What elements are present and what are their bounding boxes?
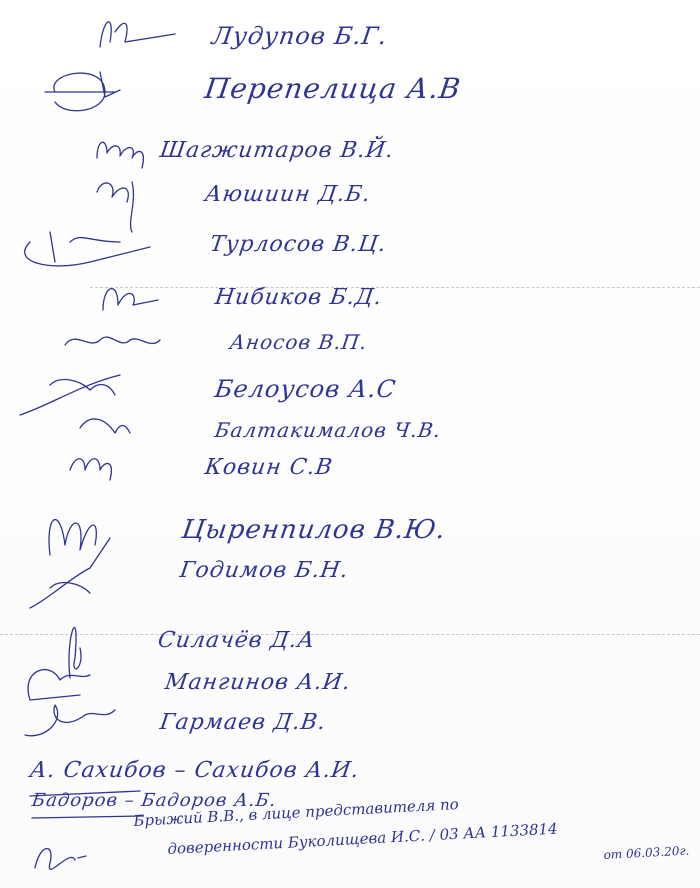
signature-scribble	[30, 548, 180, 618]
signatory-name: Лудупов Б.Г.	[210, 22, 389, 50]
signature-scribble	[30, 838, 90, 878]
signatory-name: Белоусов А.С	[213, 375, 398, 403]
signatory-name: Аносов В.П.	[228, 330, 369, 354]
signatory-name: Годимов Б.Н.	[178, 558, 350, 583]
signatory-name: Шагжитаров В.Й.	[158, 138, 395, 163]
signatory-name: Ковин С.В	[203, 455, 334, 480]
signatory-name: А. Сахибов – Сахибов А.И.	[28, 758, 361, 783]
signatory-name: Силачёв Д.А	[156, 628, 317, 653]
signatory-name: Нибиков Б.Д.	[213, 285, 384, 310]
signatory-name: Балтакималов Ч.В.	[213, 418, 443, 442]
signatory-name: Гармаев Д.В.	[158, 710, 327, 735]
signature-scribble	[45, 62, 195, 132]
signatory-name: Цыренпилов В.Ю.	[180, 515, 448, 545]
signatory-name: Мангинов А.И.	[163, 670, 352, 695]
signatory-name: Аюшиин Д.Б.	[203, 182, 372, 207]
signatory-name: Турлосов В.Ц.	[208, 232, 388, 257]
signatory-name: Перепелица А.В	[203, 72, 463, 105]
